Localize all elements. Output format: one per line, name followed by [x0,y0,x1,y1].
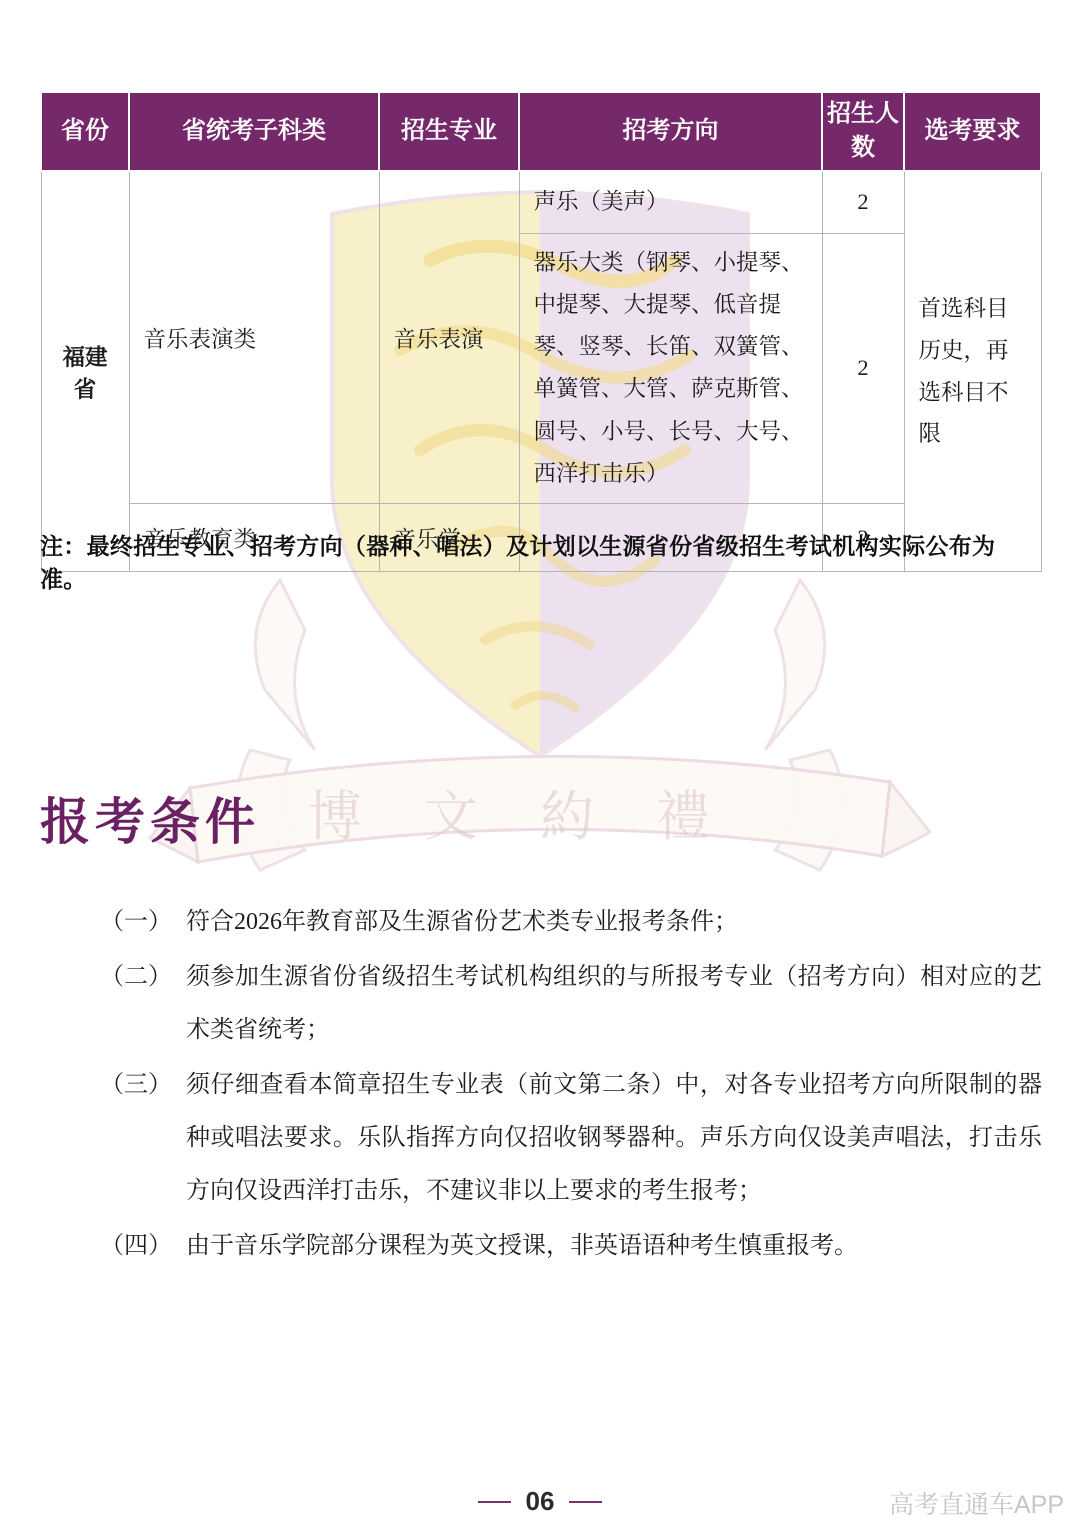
list-item-number: （三） [100,1059,186,1218]
direction-cell: 声乐（美声） [519,171,822,233]
col-header-requirement: 选考要求 [904,92,1041,171]
banner-end-right [882,782,930,856]
province-cell: 福建省 [41,171,129,572]
page-dash-right [569,1501,602,1503]
category-cell: 音乐表演类 [129,171,379,504]
list-item: （一） 符合2026年教育部及生源省份艺术类专业报考条件； [100,896,1042,949]
col-header-category: 省统考子科类 [129,92,379,171]
mantling-ribbons [237,580,843,870]
section-title: 报考条件 [40,782,260,854]
col-header-count: 招生人数 [822,92,904,171]
admissions-table: 省份 省统考子科类 招生专业 招考方向 招生人数 选考要求 福建省 音乐表演类 … [40,91,1042,572]
list-item-number: （二） [100,951,186,1057]
count-cell: 2 [822,233,904,504]
major-cell: 音乐表演 [379,171,519,504]
app-watermark-text: 高考直通车APP [889,1485,1064,1521]
col-header-direction: 招考方向 [519,92,822,171]
list-item-number: （一） [100,896,186,949]
list-item-number: （四） [100,1220,186,1273]
count-cell: 2 [822,171,904,233]
list-item: （二） 须参加生源省份省级招生考试机构组织的与所报考专业（招考方向）相对应的艺术… [100,951,1042,1057]
requirement-cell: 首选科目历史，再选科目不限 [904,171,1041,572]
table-footnote: 注：最终招生专业、招考方向（器种、唱法）及计划以生源省份省级招生考试机构实际公布… [40,528,1040,594]
admissions-table-wrapper: 省份 省统考子科类 招生专业 招考方向 招生人数 选考要求 福建省 音乐表演类 … [40,91,1040,572]
list-item: （三） 须仔细查看本简章招生专业表（前文第二条）中，对各专业招考方向所限制的器种… [100,1059,1042,1218]
col-header-major: 招生专业 [379,92,519,171]
document-page: 博文約禮 省份 省统考子科类 招生专业 招考方向 招生人数 选考要求 [0,0,1080,1527]
list-item-text: 须仔细查看本简章招生专业表（前文第二条）中，对各专业招考方向所限制的器种或唱法要… [186,1059,1042,1218]
col-header-province: 省份 [41,92,129,171]
page-number: 06 [526,1486,555,1517]
requirements-list: （一） 符合2026年教育部及生源省份艺术类专业报考条件； （二） 须参加生源省… [100,896,1042,1275]
direction-cell: 器乐大类（钢琴、小提琴、中提琴、大提琴、低音提琴、竖琴、长笛、双簧管、单簧管、大… [519,233,822,504]
list-item: （四） 由于音乐学院部分课程为英文授课，非英语语种考生慎重报考。 [100,1220,1042,1273]
table-row: 福建省 音乐表演类 音乐表演 声乐（美声） 2 首选科目历史，再选科目不限 [41,171,1041,233]
list-item-text: 符合2026年教育部及生源省份艺术类专业报考条件； [186,896,1042,949]
list-item-text: 须参加生源省份省级招生考试机构组织的与所报考专业（招考方向）相对应的艺术类省统考… [186,951,1042,1057]
list-item-text: 由于音乐学院部分课程为英文授课，非英语语种考生慎重报考。 [186,1220,1042,1273]
banner-scroll [190,756,890,862]
table-header-row: 省份 省统考子科类 招生专业 招考方向 招生人数 选考要求 [41,92,1041,171]
page-dash-left [478,1501,511,1503]
banner-motto-text: 博文約禮 [308,787,772,847]
